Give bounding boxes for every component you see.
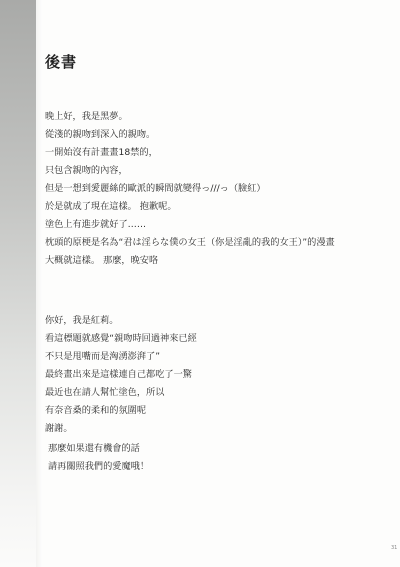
text-line: 於是就成了現在這樣。 抱歉呢。 bbox=[45, 198, 335, 216]
text-line: 枕頭的原梗是名為“君は淫らな僕の女王（你是淫亂的我的女王）”的漫畫 bbox=[45, 234, 335, 252]
afterword-block-kuromu: 晚上好，我是黑夢。 從淺的親吻到深入的親吻。 一開始沒有計畫畫18禁的， 只包含… bbox=[45, 108, 335, 270]
text-line: 從淺的親吻到深入的親吻。 bbox=[45, 126, 335, 144]
text-line: 看這標題就感覺“親吻時回過神來已經 bbox=[45, 330, 197, 348]
text-line: 一開始沒有計畫畫18禁的， bbox=[45, 144, 335, 162]
text-line: 最近也在請人幫忙塗色，所以 bbox=[45, 384, 197, 402]
text-line: 謝謝。 bbox=[45, 420, 197, 438]
text-line: 晚上好，我是黑夢。 bbox=[45, 108, 335, 126]
text-line: 不只是甩嘴而是洶湧澎湃了” bbox=[45, 348, 197, 366]
afterword-block-hongli: 你好，我是紅莉。 看這標題就感覺“親吻時回過神來已經 不只是甩嘴而是洶湧澎湃了”… bbox=[45, 312, 197, 438]
page-number: 31 bbox=[391, 545, 397, 551]
text-line: 大概就這樣。 那麼，晚安咯 bbox=[45, 252, 335, 270]
text-line: 只包含親吻的內容， bbox=[45, 162, 335, 180]
text-line: 塗色上有進步就好了…… bbox=[45, 216, 335, 234]
text-line: 那麼如果還有機會的話 bbox=[48, 440, 149, 458]
page-title: 後書 bbox=[45, 51, 77, 72]
page-side-shadow bbox=[0, 0, 36, 567]
closing-block: 那麼如果還有機會的話 請再關照我們的愛魔哦！ bbox=[48, 440, 149, 476]
text-line: 你好，我是紅莉。 bbox=[45, 312, 197, 330]
text-line: 請再關照我們的愛魔哦！ bbox=[48, 458, 149, 476]
text-line: 最終畫出來是這樣連自己都吃了一驚 bbox=[45, 366, 197, 384]
page-gutter-edge bbox=[36, 0, 42, 567]
text-line: 有奈音桑的柔和的氛圍呢 bbox=[45, 402, 197, 420]
text-line: 但是一想到愛麗絲的歐派的瞬間就變得っ///っ（臉紅） bbox=[45, 180, 335, 198]
